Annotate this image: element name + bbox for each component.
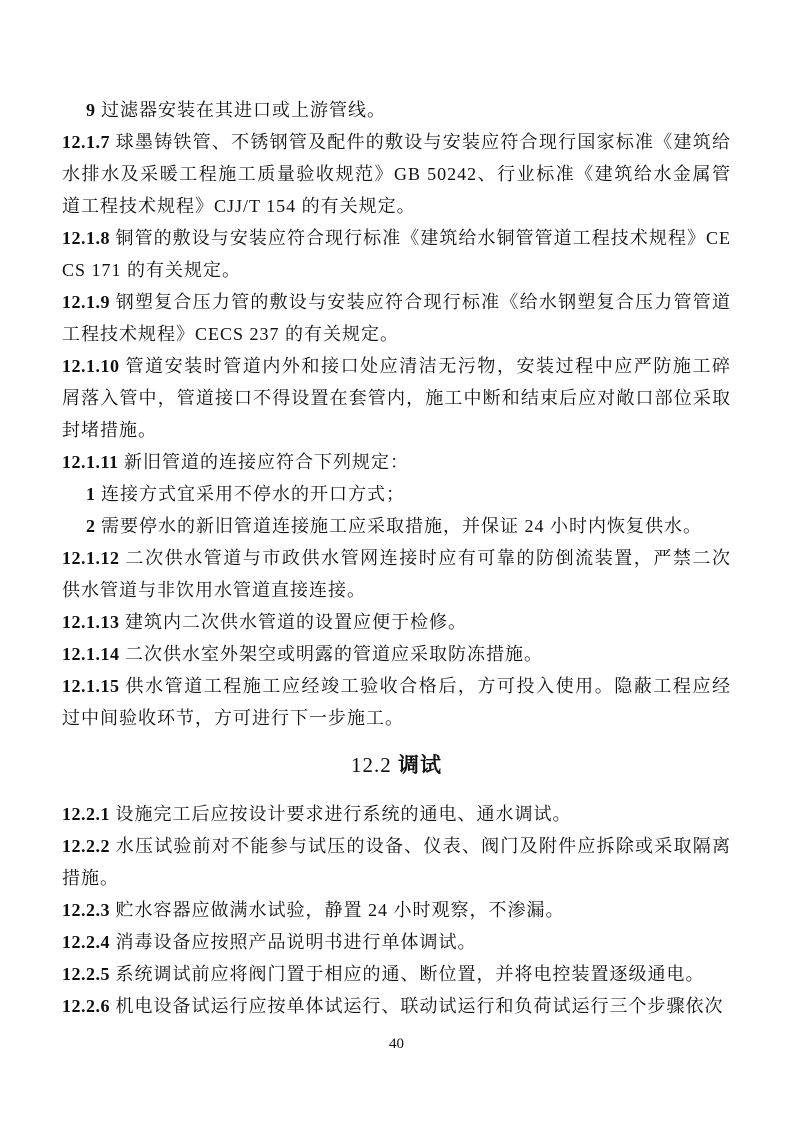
subitem-paragraph: 1 连接方式宜采用不停水的开口方式； [62, 478, 731, 510]
clause-paragraph: 12.1.9 钢塑复合压力管的敷设与安装应符合现行标准《给水钢塑复合压力管管道工… [62, 286, 731, 350]
section-number: 12.2 [351, 753, 392, 777]
document-page: 9 过滤器安装在其进口或上游管线。12.1.7 球墨铸铁管、不锈钢管及配件的敷设… [0, 0, 793, 1122]
clause-paragraph: 12.1.15 供水管道工程施工应经竣工验收合格后，方可投入使用。隐蔽工程应经过… [62, 670, 731, 734]
clause-paragraph: 12.1.7 球墨铸铁管、不锈钢管及配件的敷设与安装应符合现行国家标准《建筑给水… [62, 126, 731, 222]
clause-paragraph: 12.1.14 二次供水室外架空或明露的管道应采取防冻措施。 [62, 638, 731, 670]
clause-number: 2 [86, 516, 96, 536]
clause-paragraph: 12.1.8 铜管的敷设与安装应符合现行标准《建筑给水铜管管道工程技术规程》CE… [62, 222, 731, 286]
clause-paragraph: 12.2.3 贮水容器应做满水试验，静置 24 小时观察，不渗漏。 [62, 894, 731, 926]
clause-number: 12.2.3 [62, 900, 110, 920]
section-title: 调试 [398, 754, 442, 777]
clause-number: 12.1.10 [62, 356, 120, 376]
clause-number: 12.2.5 [62, 964, 110, 984]
clause-paragraph: 12.1.13 建筑内二次供水管道的设置应便于检修。 [62, 606, 731, 638]
clause-number: 12.1.14 [62, 644, 120, 664]
clause-number: 9 [86, 100, 96, 120]
clause-paragraph: 12.2.1 设施完工后应按设计要求进行系统的通电、通水调试。 [62, 798, 731, 830]
clause-number: 12.1.15 [62, 676, 120, 696]
clause-paragraph: 12.2.5 系统调试前应将阀门置于相应的通、断位置，并将电控装置逐级通电。 [62, 958, 731, 990]
clause-number: 12.1.8 [62, 228, 110, 248]
clause-number: 12.1.11 [62, 452, 119, 472]
page-number: 40 [0, 1036, 793, 1053]
subitem-paragraph: 2 需要停水的新旧管道连接施工应采取措施，并保证 24 小时内恢复供水。 [62, 510, 731, 542]
clause-number: 12.1.9 [62, 292, 110, 312]
clause-paragraph: 12.1.10 管道安装时管道内外和接口处应清洁无污物，安装过程中应严防施工碎屑… [62, 350, 731, 446]
subitem-paragraph: 9 过滤器安装在其进口或上游管线。 [62, 94, 731, 126]
document-body: 9 过滤器安装在其进口或上游管线。12.1.7 球墨铸铁管、不锈钢管及配件的敷设… [62, 94, 731, 1022]
clause-paragraph: 12.2.4 消毒设备应按照产品说明书进行单体调试。 [62, 926, 731, 958]
section-heading: 12.2 调试 [62, 746, 731, 785]
clause-paragraph: 12.1.12 二次供水管道与市政供水管网连接时应有可靠的防倒流装置，严禁二次供… [62, 542, 731, 606]
clause-number: 12.2.6 [62, 996, 110, 1016]
clause-number: 12.2.1 [62, 804, 110, 824]
clause-number: 12.2.4 [62, 932, 110, 952]
clause-paragraph: 12.2.2 水压试验前对不能参与试压的设备、仪表、阀门及附件应拆除或采取隔离措… [62, 830, 731, 894]
clause-number: 12.2.2 [62, 836, 110, 856]
clause-number: 1 [86, 484, 96, 504]
clause-paragraph: 12.2.6 机电设备试运行应按单体试运行、联动试运行和负荷试运行三个步骤依次 [62, 990, 731, 1022]
clause-number: 12.1.7 [62, 132, 110, 152]
clause-number: 12.1.12 [62, 548, 120, 568]
clause-paragraph: 12.1.11 新旧管道的连接应符合下列规定： [62, 446, 731, 478]
clause-number: 12.1.13 [62, 612, 120, 632]
